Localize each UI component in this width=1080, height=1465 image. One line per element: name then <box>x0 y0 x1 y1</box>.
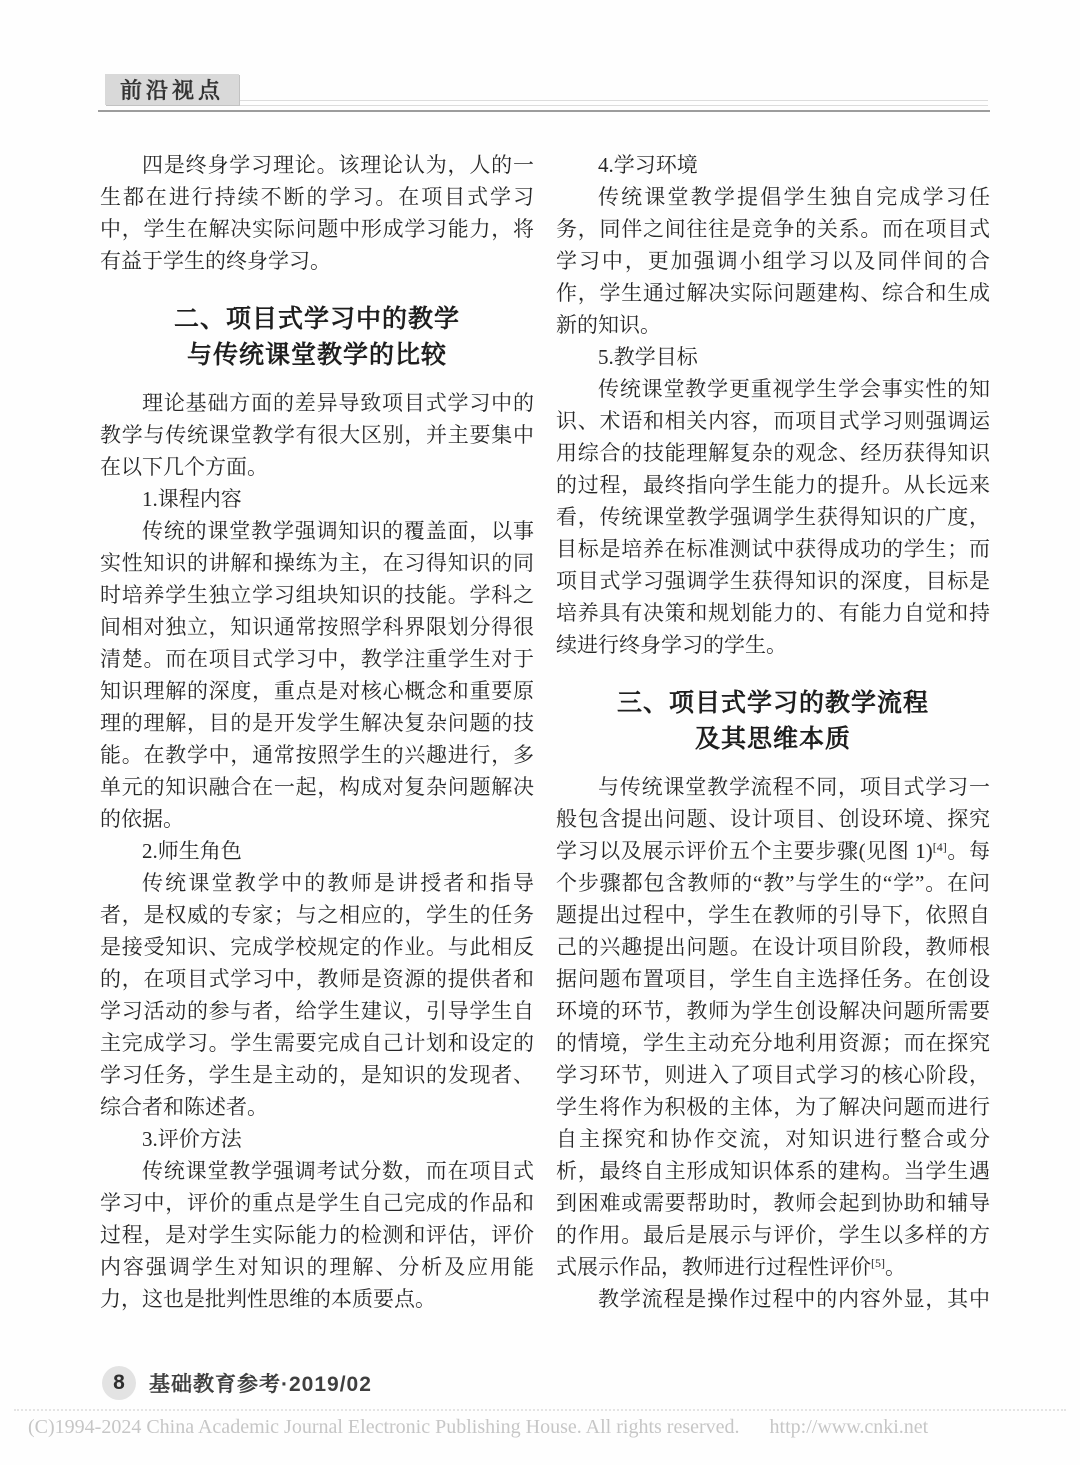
subheading-3-evaluation-methods: 3.评价方法 <box>100 1123 534 1155</box>
section-heading-2-line1: 二、项目式学习中的教学 <box>100 301 534 337</box>
copyright-url: http://www.cnki.net <box>770 1416 929 1438</box>
journal-info: 基础教育参考·2019/02 <box>149 1368 372 1398</box>
header-thin-line-2 <box>240 105 988 106</box>
left-column: 四是终身学习理论。该理论认为，人的一生都在进行持续不断的学习。在项目式学习中，学… <box>100 149 534 1315</box>
section-heading-3-line2: 及其思维本质 <box>556 721 990 757</box>
subheading-5-teaching-goals: 5.教学目标 <box>556 341 990 373</box>
paragraph-process-continued: 教学流程是操作过程中的内容外显，其中 <box>556 1283 990 1315</box>
paragraph-course-content: 传统的课堂教学强调知识的覆盖面，以事实性知识的讲解和操练为主，在习得知识的同时培… <box>100 515 534 835</box>
footnote-ref-4: [4] <box>933 840 947 854</box>
subheading-1-course-content: 1.课程内容 <box>100 483 534 515</box>
subheading-4-learning-environment: 4.学习环境 <box>556 149 990 181</box>
header-rule <box>98 110 990 112</box>
section-heading-2-line2: 与传统课堂教学的比较 <box>100 337 534 373</box>
paragraph-teaching-process: 与传统课堂教学流程不同，项目式学习一般包含提出问题、设计项目、创设环境、探究学习… <box>556 771 990 1283</box>
paragraph-lifelong-learning: 四是终身学习理论。该理论认为，人的一生都在进行持续不断的学习。在项目式学习中，学… <box>100 149 534 277</box>
section-heading-3: 三、项目式学习的教学流程 及其思维本质 <box>556 685 990 757</box>
paragraph-evaluation-methods: 传统课堂教学强调考试分数，而在项目式学习中，评价的重点是学生自己完成的作品和过程… <box>100 1155 534 1315</box>
subheading-2-teacher-student-roles: 2.师生角色 <box>100 835 534 867</box>
page-number-badge: 8 <box>102 1366 136 1400</box>
paragraph-theory-differences: 理论基础方面的差异导致项目式学习中的教学与传统课堂教学有很大区别，并主要集中在以… <box>100 387 534 483</box>
teaching-process-text-2: 。每个步骤都包含教师的“教”与学生的“学”。在问题提出过程中，学生在教师的引导下… <box>556 839 990 1279</box>
section-tab-label: 前沿视点 <box>120 74 224 105</box>
section-tab: 前沿视点 <box>105 74 239 105</box>
section-heading-3-line1: 三、项目式学习的教学流程 <box>556 685 990 721</box>
bottom-divider <box>14 1409 1066 1411</box>
teaching-process-text-3: 。 <box>885 1255 906 1279</box>
teaching-process-text-1: 与传统课堂教学流程不同，项目式学习一般包含提出问题、设计项目、创设环境、探究学习… <box>556 775 990 863</box>
paragraph-teaching-goals: 传统课堂教学更重视学生学会事实性的知识、术语和相关内容，而项目式学习则强调运用综… <box>556 373 990 661</box>
journal-page: 前沿视点 四是终身学习理论。该理论认为，人的一生都在进行持续不断的学习。在项目式… <box>0 0 1080 1465</box>
page-footer: 8 基础教育参考·2019/02 <box>102 1366 372 1400</box>
copyright-notice: (C)1994-2024 China Academic Journal Elec… <box>28 1416 740 1438</box>
copyright-line: (C)1994-2024 China Academic Journal Elec… <box>28 1416 928 1439</box>
right-column: 4.学习环境 传统课堂教学提倡学生独自完成学习任务，同伴之间往往是竞争的关系。而… <box>556 149 990 1315</box>
footnote-ref-5: [5] <box>871 1256 885 1270</box>
paragraph-learning-environment: 传统课堂教学提倡学生独自完成学习任务，同伴之间往往是竞争的关系。而在项目式学习中… <box>556 181 990 341</box>
header-thin-line-1 <box>240 100 988 101</box>
section-heading-2: 二、项目式学习中的教学 与传统课堂教学的比较 <box>100 301 534 373</box>
paragraph-teacher-student-roles: 传统课堂教学中的教师是讲授者和指导者，是权威的专家；与之相应的，学生的任务是接受… <box>100 867 534 1123</box>
